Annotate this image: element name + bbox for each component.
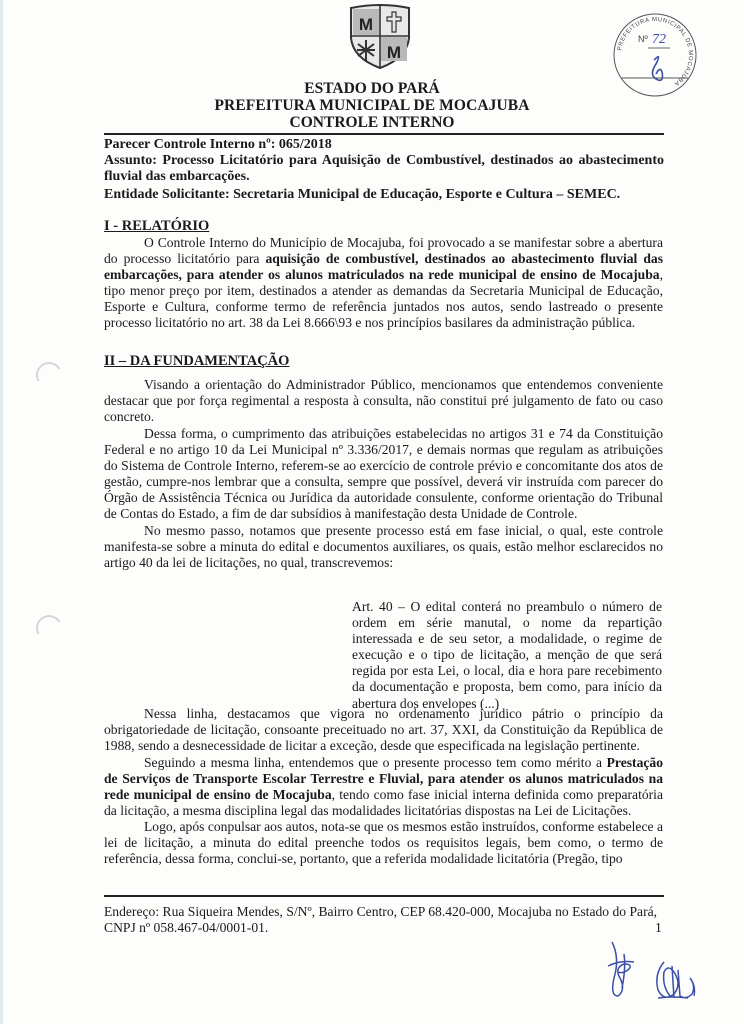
law-quote-block: Art. 40 – O edital conterá no preambulo … [352, 599, 662, 712]
opinion-number-label: Parecer Controle Interno nº: [104, 137, 275, 152]
document-page: M M PREFEITURA MUNICIPAL DE MOCAJUBA Nº … [0, 0, 744, 1024]
report-paragraph: O Controle Interno do Município de Mocaj… [104, 235, 663, 332]
opinion-number: Parecer Controle Interno nº: 065/2018 [104, 137, 664, 153]
footer-divider [104, 895, 664, 897]
opinion-number-value: 065/2018 [279, 137, 332, 152]
page-number: 1 [655, 920, 662, 936]
subject-line: Assunto: Processo Licitatório para Aquis… [104, 153, 664, 185]
stamp-number-value: 72 [652, 32, 666, 47]
crest-letter: M [387, 43, 401, 62]
section-title-report: I - RELATÓRIO [104, 218, 209, 235]
text-run: Seguindo a mesma linha, entendemos que o… [144, 755, 607, 770]
handwritten-signature [652, 956, 698, 1006]
letterhead-department: CONTROLE INTERNO [0, 115, 744, 131]
svg-text:PREFEITURA MUNICIPAL DE MOCAJU: PREFEITURA MUNICIPAL DE MOCAJUBA [617, 17, 693, 87]
fundamentals-paragraph: Dessa forma, o cumprimento das atribuiçõ… [104, 426, 663, 523]
requesting-entity: Entidade Solicitante: Secretaria Municip… [104, 187, 664, 203]
stamp-number-label: Nº [638, 34, 648, 44]
letterhead-prefecture: PREFEITURA MUNICIPAL DE MOCAJUBA [0, 98, 744, 114]
fundamentals-paragraph: Nessa linha, destacamos que vigora no or… [104, 706, 663, 754]
footer-address-block: Endereço: Rua Siqueira Mendes, S/Nº, Bai… [104, 904, 664, 936]
section-title-fundamentals: II – DA FUNDAMENTAÇÃO [104, 353, 289, 370]
municipal-crest-icon: M M [345, 4, 415, 70]
header-divider [104, 133, 664, 135]
fundamentals-paragraph: Seguindo a mesma linha, entendemos que o… [104, 755, 663, 819]
scan-edge [0, 0, 3, 1024]
fundamentals-paragraph: No mesmo passo, notamos que presente pro… [104, 523, 663, 571]
crest-letter: M [359, 15, 373, 34]
letterhead-state: ESTADO DO PARÁ [0, 81, 744, 97]
footer-address: Endereço: Rua Siqueira Mendes, S/Nº, Bai… [104, 904, 664, 920]
punch-hole-mark [33, 612, 65, 644]
fundamentals-paragraph: Logo, após conpulsar aos autos, nota-se … [104, 819, 663, 867]
fundamentals-paragraph: Visando a orientação do Administrador Pú… [104, 377, 663, 425]
punch-hole-mark [33, 359, 65, 391]
handwritten-initials-signature [600, 938, 646, 1004]
footer-cnpj: CNPJ nº 058.467-04/0001-01. [104, 920, 664, 936]
stamp-ring-text: PREFEITURA MUNICIPAL DE MOCAJUBA [617, 17, 693, 87]
